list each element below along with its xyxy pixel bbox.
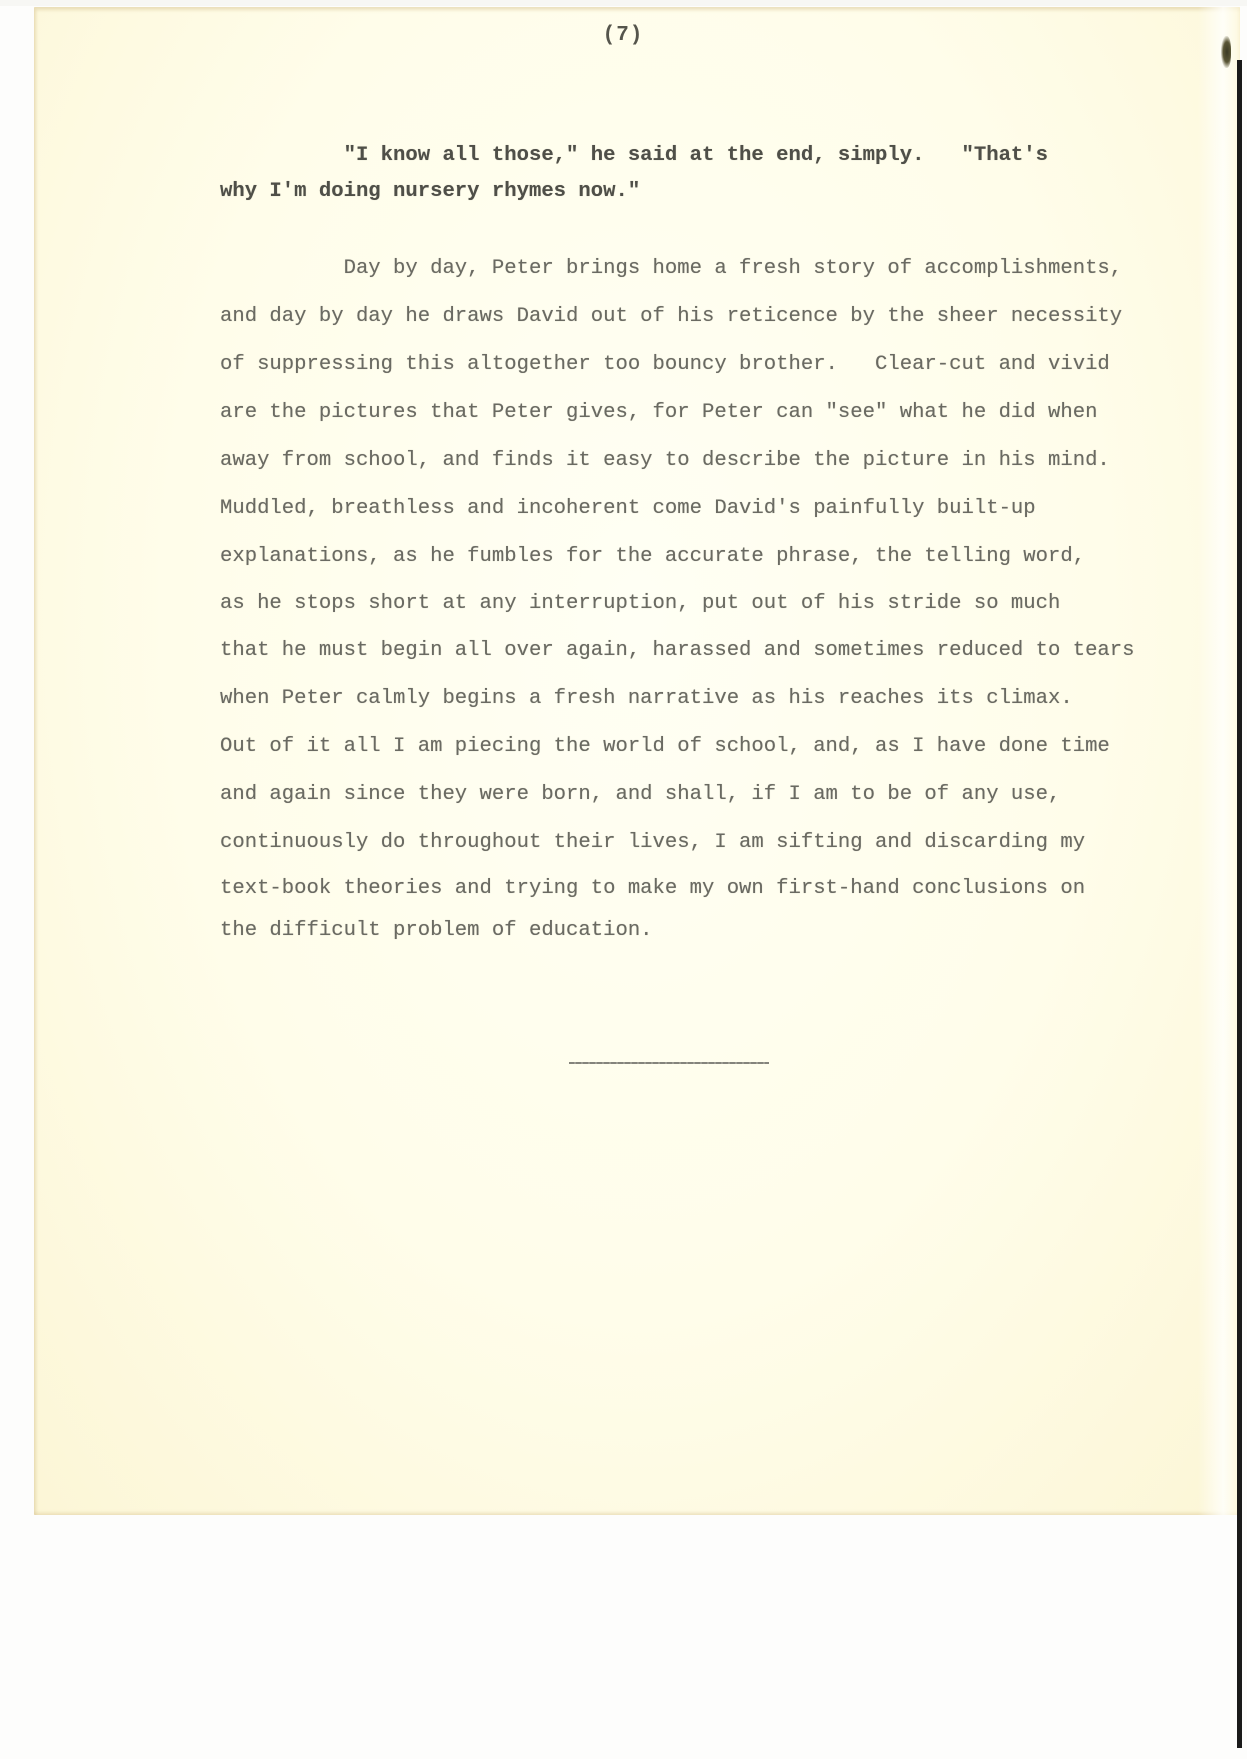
- text-line: away from school, and finds it easy to d…: [220, 451, 1110, 472]
- text-line: explanations, as he fumbles for the accu…: [220, 547, 1085, 568]
- body-text: "I know all those," he said at the end, …: [220, 0, 245, 432]
- page-number: (7): [598, 24, 648, 47]
- text-line: why I'm doing nursery rhymes now.": [220, 182, 640, 203]
- section-separator-rule: [569, 1062, 769, 1064]
- text-line: continuously do throughout their lives, …: [220, 833, 1085, 854]
- text-line: text-book theories and trying to make my…: [220, 879, 1085, 900]
- text-line: the difficult problem of education.: [220, 921, 653, 942]
- text-line: Muddled, breathless and incoherent come …: [220, 499, 1036, 520]
- text-line: that he must begin all over again, haras…: [220, 641, 1135, 662]
- typewritten-page: [34, 7, 1240, 1515]
- text-line: and again since they were born, and shal…: [220, 785, 1060, 806]
- text-line: Day by day, Peter brings home a fresh st…: [220, 259, 1122, 280]
- text-line: are the pictures that Peter gives, for P…: [220, 403, 1097, 424]
- text-line: and day by day he draws David out of his…: [220, 307, 1122, 328]
- scan-border-bar: [1237, 60, 1242, 1748]
- text-line: as he stops short at any interruption, p…: [220, 594, 1060, 615]
- text-line: of suppressing this altogether too bounc…: [220, 355, 1110, 376]
- text-line: "I know all those," he said at the end, …: [220, 146, 1048, 167]
- paper-edge-highlight: [1198, 7, 1240, 1515]
- text-line: when Peter calmly begins a fresh narrati…: [220, 689, 1073, 710]
- scan-top-strip: [0, 0, 1247, 6]
- text-line: Out of it all I am piecing the world of …: [220, 737, 1110, 758]
- ink-smudge-mark: [1221, 36, 1231, 68]
